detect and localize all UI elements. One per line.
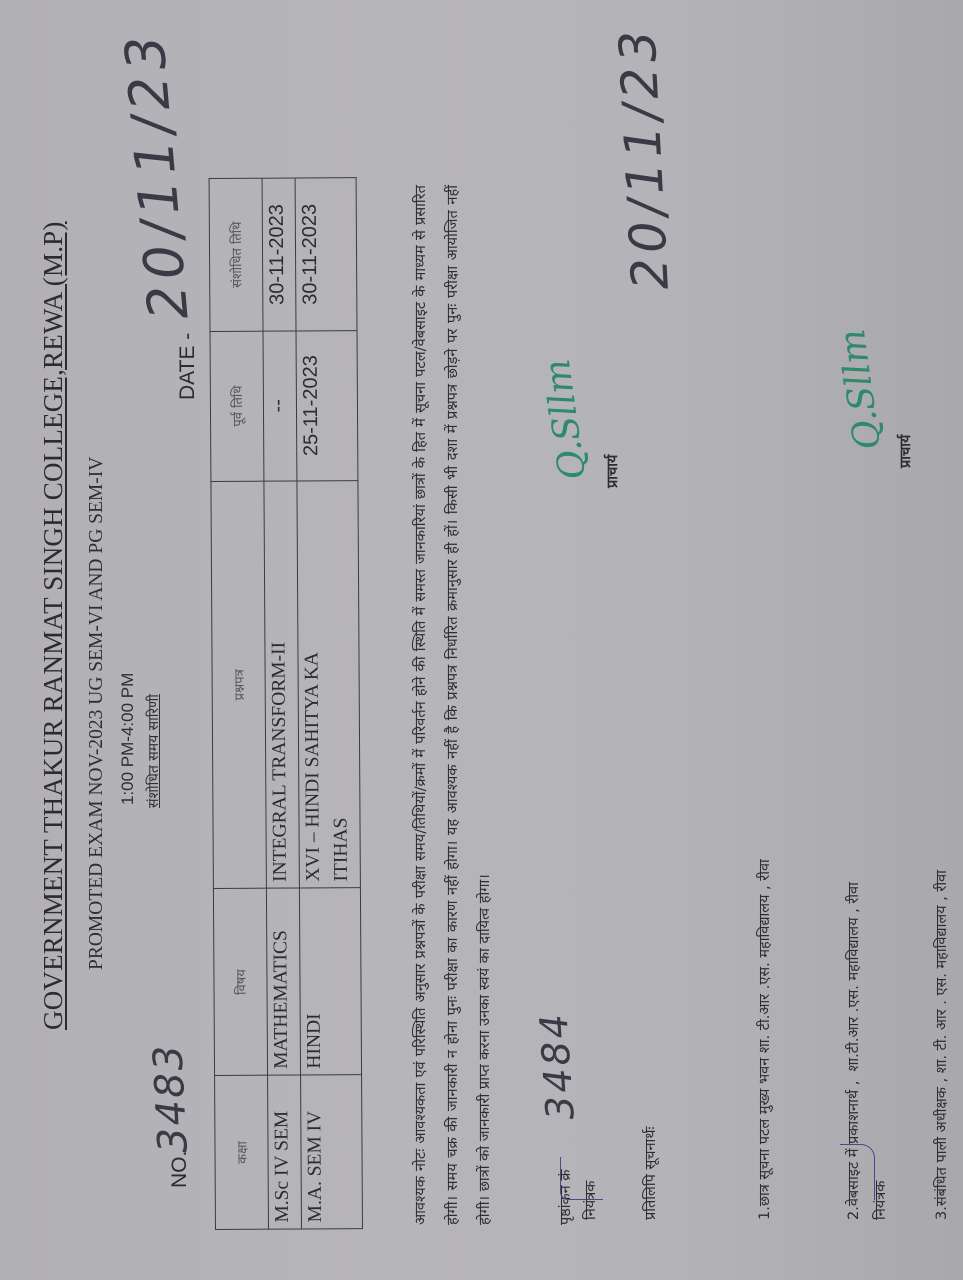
document-page: GOVERNMENT THAKUR RANMAT SINGH COLLEGE,R… (0, 0, 963, 1280)
table-header-row: कक्षा विषय प्रश्नपत्र पूर्व तिथि संशोधित… (209, 178, 268, 1229)
list-item: 3.संबंधित पाली अधीक्षक , शा. टी. आर . एस… (928, 837, 958, 1220)
column-header-paper: प्रश्नपत्र (211, 481, 266, 889)
column-header-revised-date: संशोधित तिथि (209, 178, 263, 331)
handwritten-date-2: 20/11/23 (608, 24, 680, 291)
cell-class: M.A. SEM IV (301, 1075, 363, 1229)
exam-subtitle: PROMOTED EXAM NOV-2023 UG SEM-VI AND PG … (86, 457, 108, 970)
exam-time: 1:00 PM-4:00 PM (118, 673, 138, 805)
important-note: आवश्यक नोटः आवश्यकता एवं परिस्थिति अनुसा… (405, 185, 501, 1225)
column-header-subject: विषय (213, 888, 267, 1075)
controller-label-1: नियंत्रक (580, 1181, 600, 1220)
reference-number-label: NO. (168, 1151, 192, 1188)
list-item: 1.छात्र सूचना पटल मुख्य भवन शा. टी.आर .ए… (751, 837, 781, 1220)
endorsement-number-handwritten: 3484 (531, 1010, 582, 1122)
controller-label-2: नियंत्रक (870, 1181, 890, 1220)
copy-recipient-list: 1.छात्र सूचना पटल मुख्य भवन शा. टी.आर .ए… (692, 837, 963, 1220)
schedule-title: संशोधित समय सारिणी (144, 694, 163, 808)
cell-previous-date: 25-11-2023 (296, 330, 358, 480)
principal-label-1: प्राचार्य (602, 455, 622, 488)
revised-schedule-table: कक्षा विषय प्रश्नपत्र पूर्व तिथि संशोधित… (209, 177, 363, 1230)
reference-number-handwritten: 3483 (145, 1042, 197, 1154)
college-title: GOVERNMENT THAKUR RANMAT SINGH COLLEGE,R… (38, 250, 69, 1030)
cell-subject: MATHEMATICS (266, 888, 300, 1075)
principal-signature-2: Q.Sllm (832, 327, 889, 453)
cell-paper: INTEGRAL TRANSFORM-II (264, 481, 299, 889)
cell-revised-date: 30-11-2023 (295, 178, 357, 331)
column-header-class: कक्षा (215, 1075, 269, 1229)
copy-to-label: प्रतिलिपि सूचनार्थः (640, 1127, 660, 1220)
date-handwritten: 20/11/23 (112, 27, 200, 322)
table-row: M.A. SEM IV HINDI XVI – HINDI SAHITYA KA… (295, 178, 362, 1229)
cell-paper: XVI – HINDI SAHITYA KA ITIHAS (297, 480, 360, 888)
principal-signature-1: Q.Sllm (537, 357, 594, 483)
cell-subject: HINDI (299, 888, 361, 1075)
cell-previous-date: -- (263, 331, 297, 481)
date-label: DATE - (176, 333, 200, 400)
principal-label-2: प्राचार्य (895, 435, 915, 468)
cell-revised-date: 30-11-2023 (262, 178, 296, 331)
cell-class: M.Sc IV SEM (268, 1075, 302, 1229)
column-header-previous-date: पूर्व तिथि (210, 331, 264, 481)
